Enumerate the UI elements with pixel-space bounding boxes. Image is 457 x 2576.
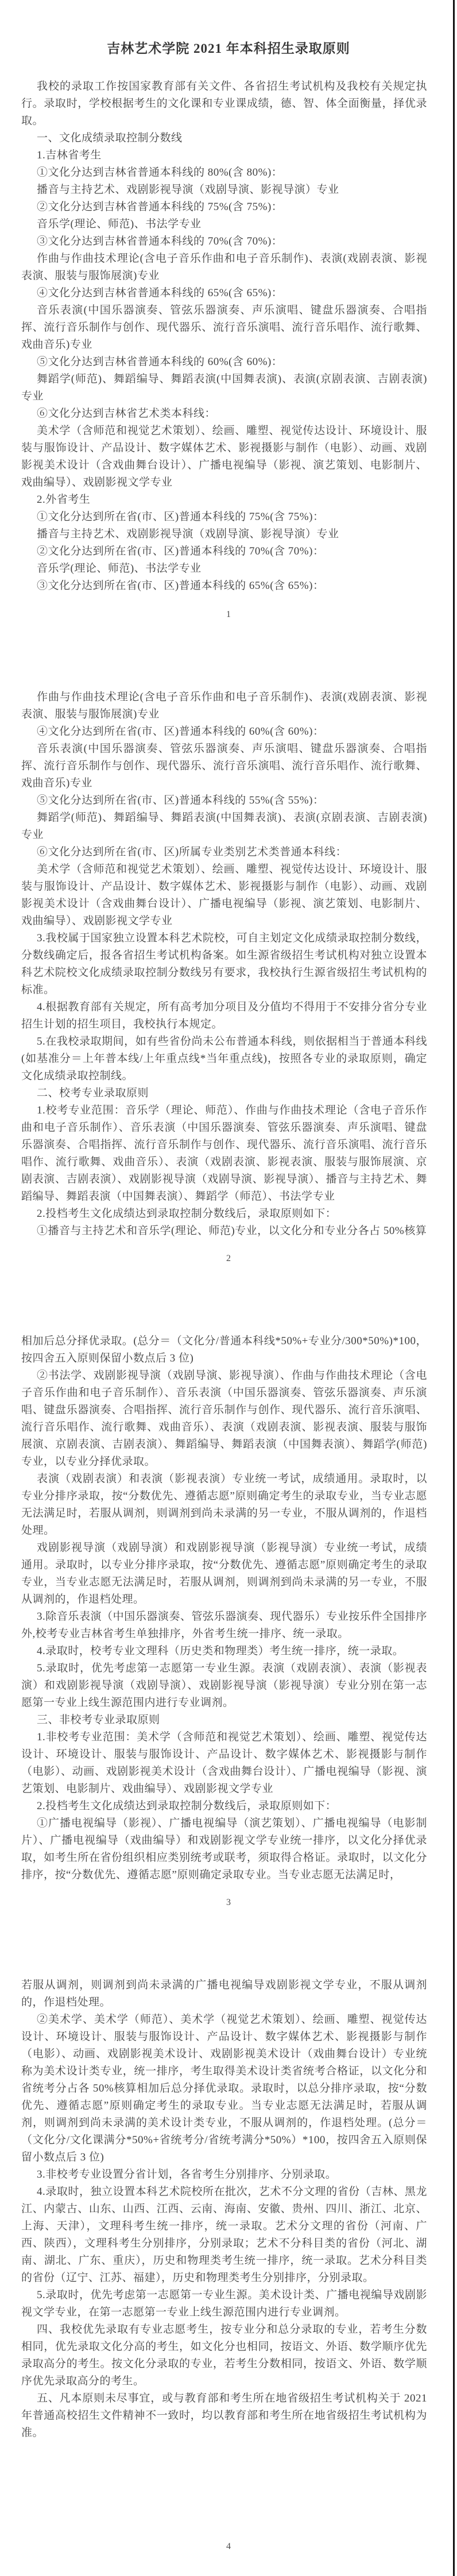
paragraph: 音乐学(理论、师范)、书法学专业	[21, 216, 427, 233]
paragraph: 3.除音乐表演（中国乐器演奏、管弦乐器演奏、现代器乐）专业按乐件全国排序外,校考…	[21, 1608, 427, 1643]
paragraph: 舞蹈学(师范)、舞蹈编导、舞蹈表演(中国舞表演)、表演(京剧表演、吉剧表演)专业	[21, 809, 427, 844]
page-3-body: 相加后总分择优录取。(总分＝（文化分/普通本科线*50%+专业分/300*50%…	[21, 1333, 427, 1884]
paragraph: 音乐学(理论、师范)、书法学专业	[21, 560, 427, 577]
section-heading: 三、非校考专业录取原则	[21, 1712, 427, 1729]
paragraph: 戏剧影视导演（戏剧导演）和戏剧影视导演（影视导演）专业统一考试，成绩通用。录取时…	[21, 1539, 427, 1608]
paragraph: ①播音与主持艺术和音乐学(理论、师范)专业，以文化分和专业分各占 50%核算	[21, 1223, 427, 1240]
page-title: 吉林艺术学院 2021 年本科招生录取原则	[0, 38, 457, 57]
paragraph: ④文化分达到所在省(市、区)普通本科线的 60%(含 60%)：	[21, 723, 427, 740]
paragraph: ⑥文化分达到所在省(市、区)所属专业类别艺术类普通本科线：	[21, 844, 427, 861]
paragraph: 1.校考专业范围：音乐学（理论、师范）、作曲与作曲技术理论（含电子音乐作曲和电子…	[21, 1102, 427, 1205]
page-number: 4	[0, 2542, 457, 2552]
page-2: 作曲与作曲技术理论(含电子音乐作曲和电子音乐制作)、表演(戏剧表演、影视表演、服…	[0, 644, 457, 1288]
paragraph: ④文化分达到吉林省普通本科线的 65%(含 65%)：	[21, 285, 427, 302]
section-heading: 五、凡本原则未尽事宜，或与教育部和考生所在地省级招生考试机构关于 2021 年普…	[21, 2390, 427, 2442]
document-scan: 吉林艺术学院 2021 年本科招生录取原则 我校的录取工作按国家教育部有关文件、…	[0, 0, 457, 2576]
paragraph: 1.非校考专业范围：美术学（含师范和视觉艺术策划）、绘画、雕塑、视觉传达设计、环…	[21, 1729, 427, 1798]
paragraph: ②书法学、戏剧影视导演（戏剧导演、影视导演）、作曲与作曲技术理论（含电子音乐作曲…	[21, 1367, 427, 1471]
section-heading: 二、校考专业录取原则	[21, 1085, 427, 1102]
page-2-body: 作曲与作曲技术理论(含电子音乐作曲和电子音乐制作)、表演(戏剧表演、影视表演、服…	[21, 689, 427, 1240]
page-1: 吉林艺术学院 2021 年本科招生录取原则 我校的录取工作按国家教育部有关文件、…	[0, 0, 457, 644]
paragraph: ②文化分达到所在省(市、区)普通本科线的 70%(含 70%)：	[21, 543, 427, 560]
paragraph: ①广播电视编导（影视）、广播电视编导（演艺策划）、广播电视编导（电影制片）、广播…	[21, 1815, 427, 1884]
paragraph: 2.外省考生	[21, 491, 427, 509]
paragraph: 播音与主持艺术、戏剧影视导演（戏剧导演、影视导演）专业	[21, 181, 427, 199]
section-heading: 一、文化成绩录取控制分数线	[21, 130, 427, 147]
paragraph: 2.投档考生文化成绩达到录取控制分数线后，录取原则如下：	[21, 1798, 427, 1815]
paragraph: 1.吉林省考生	[21, 147, 427, 164]
paragraph: 音乐表演(中国乐器演奏、管弦乐器演奏、声乐演唱、键盘乐器演奏、合唱指挥、流行音乐…	[21, 740, 427, 792]
paragraph: 3.非校考专业设置分省计划，各省考生分别排序、分别录取。	[21, 2166, 427, 2183]
paragraph: 若服从调剂，则调剂到尚未录满的广播电视编导戏剧影视文学专业，不服从调剂的，作退档…	[21, 1977, 427, 2011]
paragraph: 表演（戏剧表演）和表演（影视表演）专业统一考试，成绩通用。录取时，以专业分排序录…	[21, 1471, 427, 1539]
paragraph: 4.录取时，独立设置本科艺术院校所在批次，艺术不分文理的省份（吉林、黑龙江、内蒙…	[21, 2183, 427, 2287]
paragraph: 舞蹈学(师范)、舞蹈编导、舞蹈表演(中国舞表演)、表演(京剧表演、吉剧表演)专业	[21, 371, 427, 405]
paragraph: 我校的录取工作按国家教育部有关文件、各省招生考试机构及我校有关规定执行。录取时，…	[21, 78, 427, 130]
paragraph: 5.在我校录取期间，如有些省份尚未公布普通本科线，则依据相当于普通本科线(如基准…	[21, 1033, 427, 1085]
paragraph: ⑤文化分达到所在省(市、区)普通本科线的 55%(含 55%)：	[21, 792, 427, 809]
paragraph: 2.投档考生文化成绩达到录取控制分数线后，录取原则如下：	[21, 1205, 427, 1223]
section-heading: 四、我校优先录取有专业志愿考生，按专业分和总分录取的专业，若考生分数相同，优先录…	[21, 2321, 427, 2390]
page-number: 3	[0, 1898, 457, 1908]
page-4-body: 若服从调剂，则调剂到尚未录满的广播电视编导戏剧影视文学专业，不服从调剂的，作退档…	[21, 1977, 427, 2442]
paragraph: ⑤文化分达到吉林省普通本科线的 60%(含 60%)：	[21, 354, 427, 371]
paragraph: 5.录取时，优先考虑第一志愿第一专业生源。表演（戏剧表演）、表演（影视表演）和戏…	[21, 1660, 427, 1712]
page-number: 1	[0, 610, 457, 620]
paragraph: 作曲与作曲技术理论(含电子音乐作曲和电子音乐制作)、表演(戏剧表演、影视表演、服…	[21, 689, 427, 723]
page-number: 2	[0, 1254, 457, 1264]
page-4: 若服从调剂，则调剂到尚未录满的广播电视编导戏剧影视文学专业，不服从调剂的，作退档…	[0, 1932, 457, 2576]
capture-edge-line	[453, 0, 455, 2576]
paragraph: 4.录取时，校考专业文理科（历史类和物理类）考生统一排序，统一录取。	[21, 1643, 427, 1660]
paragraph: 5.录取时，优先考虑第一志愿第一专业生源。美术设计类、广播电视编导戏剧影视文学专…	[21, 2287, 427, 2321]
paragraph: 播音与主持艺术、戏剧影视导演（戏剧导演、影视导演）专业	[21, 526, 427, 543]
paragraph: 美术学（含师范和视觉艺术策划）、绘画、雕塑、视觉传达设计、环境设计、服装与服饰设…	[21, 861, 427, 930]
paragraph: ⑥文化分达到吉林省艺术类本科线：	[21, 405, 427, 422]
paragraph: ③文化分达到吉林省普通本科线的 70%(含 70%)：	[21, 233, 427, 250]
paragraph: ①文化分达到所在省(市、区)普通本科线的 75%(含 75%)：	[21, 509, 427, 526]
paragraph: ②文化分达到吉林省普通本科线的 75%(含 75%)：	[21, 199, 427, 216]
page-1-body: 我校的录取工作按国家教育部有关文件、各省招生考试机构及我校有关规定执行。录取时，…	[21, 78, 427, 595]
paragraph: 4.根据教育部有关规定，所有高考加分项目及分值均不得用于不安排分省分专业招生计划…	[21, 999, 427, 1033]
paragraph: ②美术学、美术学（师范）、美术学（视觉艺术策划）、绘画、雕塑、视觉传达设计、环境…	[21, 2011, 427, 2166]
paragraph: 美术学（含师范和视觉艺术策划）、绘画、雕塑、视觉传达设计、环境设计、服装与服饰设…	[21, 422, 427, 491]
paragraph: ①文化分达到吉林省普通本科线的 80%(含 80%)：	[21, 164, 427, 181]
paragraph: 3.我校属于国家独立设置本科艺术院校，可自主划定文化成绩录取控制分数线，分数线确…	[21, 930, 427, 999]
paragraph: 作曲与作曲技术理论(含电子音乐作曲和电子音乐制作)、表演(戏剧表演、影视表演、服…	[21, 250, 427, 285]
page-3: 相加后总分择优录取。(总分＝（文化分/普通本科线*50%+专业分/300*50%…	[0, 1288, 457, 1932]
paragraph: ③文化分达到所在省(市、区)普通本科线的 65%(含 65%)：	[21, 577, 427, 595]
paragraph: 相加后总分择优录取。(总分＝（文化分/普通本科线*50%+专业分/300*50%…	[21, 1333, 427, 1367]
paragraph: 音乐表演(中国乐器演奏、管弦乐器演奏、声乐演唱、键盘乐器演奏、合唱指挥、流行音乐…	[21, 302, 427, 354]
